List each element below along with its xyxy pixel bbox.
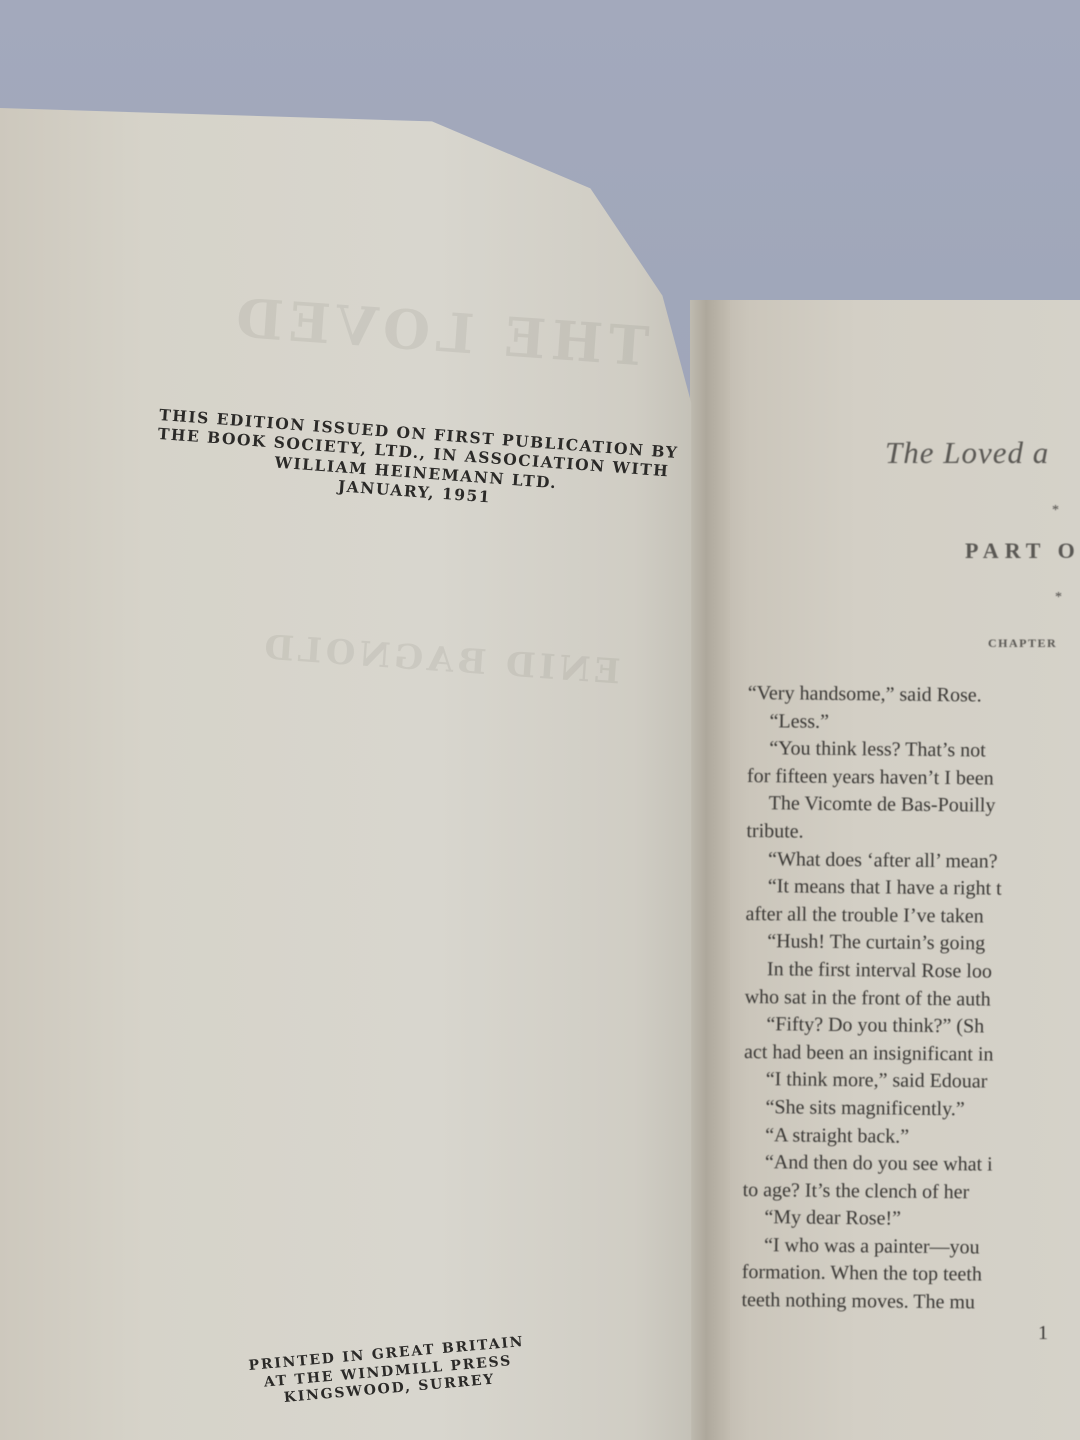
ornament-star-icon: * [1055,590,1062,606]
page-number: 1 [1038,1322,1048,1345]
text-line: In the first interval Rose loo [745,956,1080,988]
text-line: teeth nothing moves. The mu [741,1287,1080,1319]
text-line: “It means that I have a right t [746,873,1080,905]
text-line: “I who was a painter—you [742,1232,1080,1264]
chapter-heading: CHAPTER [988,636,1057,651]
body-text: “Very handsome,” said Rose.“Less.”“You t… [741,680,1080,1319]
text-line: “Fifty? Do you think?” (Sh [744,1011,1080,1043]
text-line: “A straight back.” [743,1121,1080,1153]
ornament-star-icon: * [1052,503,1059,519]
text-line: to age? It’s the clench of her [743,1177,1080,1209]
book-gutter [690,300,730,1440]
text-line: “Less.” [747,708,1080,740]
text-line: “And then do you see what i [743,1149,1080,1181]
text-line: “You think less? That’s not [747,735,1080,767]
text-line: after all the trouble I’ve taken [745,901,1080,933]
text-line: who sat in the front of the auth [745,984,1080,1016]
text-line: formation. When the top teeth [742,1259,1080,1291]
text-line: “Hush! The curtain’s going [745,928,1080,960]
book-title: The Loved a [885,435,1049,471]
text-line: “My dear Rose!” [742,1204,1080,1236]
text-line: “Very handsome,” said Rose. [748,680,1080,712]
text-line: tribute. [746,818,1080,850]
text-line: The Vicomte de Bas-Pouilly [747,790,1080,822]
text-line: “She sits magnificently.” [743,1094,1080,1126]
text-line: “I think more,” said Edouar [744,1066,1080,1098]
part-heading: PART O [965,538,1080,564]
text-line: for fifteen years haven’t I been [747,763,1080,795]
right-page-content: The Loved a * PART O * CHAPTER “Very han… [740,300,1080,1440]
text-line: “What does ‘after all’ mean? [746,846,1080,878]
text-line: act had been an insignificant in [744,1039,1080,1071]
